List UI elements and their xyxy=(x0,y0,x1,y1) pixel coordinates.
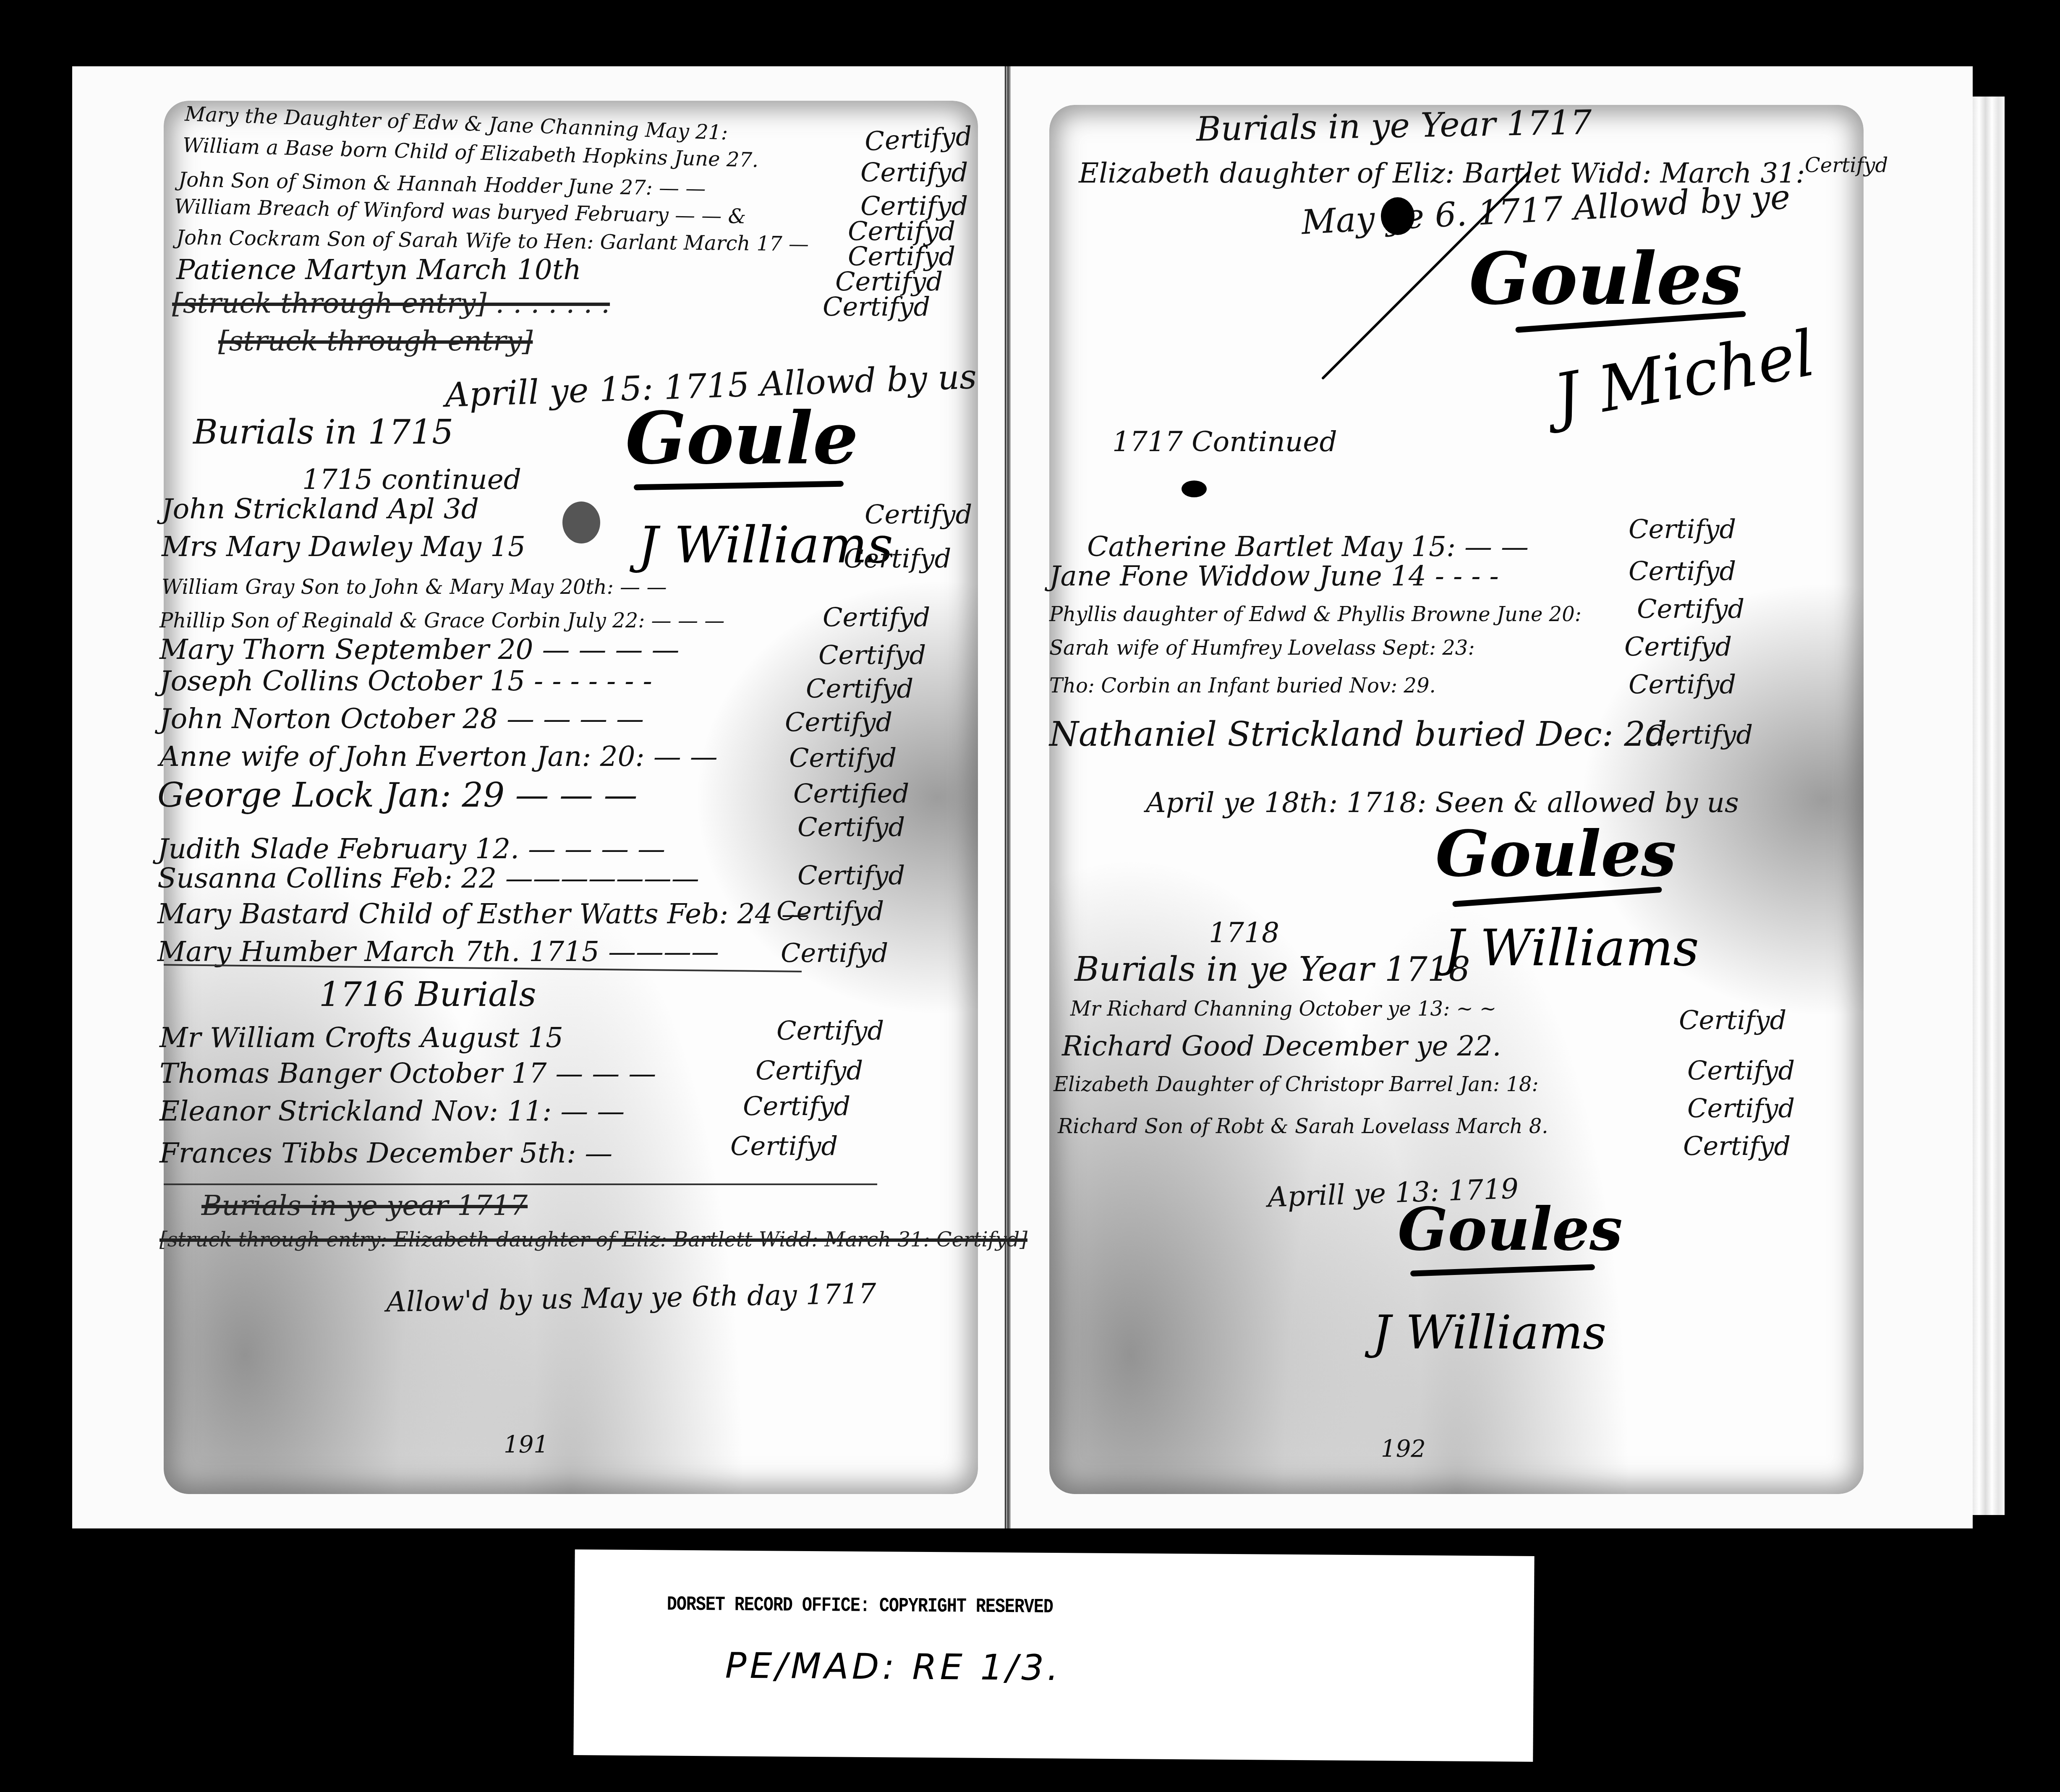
certified-mark: Certifyd xyxy=(730,1133,838,1159)
entry-text: William Gray Son to John & Mary May 20th… xyxy=(162,577,667,597)
ink-blot xyxy=(1182,481,1207,497)
entry-text: Richard Good December ye 22. xyxy=(1062,1032,1501,1060)
certified-mark: Certifyd xyxy=(1687,1095,1795,1121)
certified-mark: Certifyd xyxy=(1805,155,1888,175)
burials-heading: 1716 Burials xyxy=(319,978,536,1011)
entry-text: Nathaniel Strickland buried Dec: 2d. xyxy=(1049,718,1678,751)
allowance-note: Allow'd by us May ye 6th day 1717 xyxy=(386,1280,877,1316)
continued-heading: 1717 Continued xyxy=(1112,428,1337,456)
certified-mark: Certifyd xyxy=(835,269,943,295)
struck-entry: [struck through entry] . . . . . . . xyxy=(172,290,610,317)
certified-mark: Certifyd xyxy=(756,1058,863,1084)
certified-mark: Certifyd xyxy=(1629,671,1736,697)
copyright-notice: DORSET RECORD OFFICE: COPYRIGHT RESERVED xyxy=(667,1593,1054,1619)
entry-text: Mary Thorn September 20 — — — — xyxy=(159,636,679,664)
entry-text: Eleanor Strickland Nov: 11: — — xyxy=(159,1097,625,1125)
entry-text: John Norton October 28 — — — — xyxy=(159,705,644,733)
entry-text: Jane Fone Widdow June 14 - - - - xyxy=(1049,562,1499,590)
entry-text: Tho: Corbin an Infant buried Nov: 29. xyxy=(1049,676,1436,696)
struck-heading: Burials in ye year 1717 xyxy=(201,1192,528,1220)
certified-mark: Certifyd xyxy=(1683,1133,1791,1159)
certified-mark: Certifyd xyxy=(860,159,968,185)
burials-heading: Burials in 1715 xyxy=(193,415,453,449)
entry-text: Elizabeth Daughter of Christopr Barrel J… xyxy=(1054,1074,1539,1095)
entry-text: Richard Son of Robt & Sarah Lovelass Mar… xyxy=(1058,1116,1548,1136)
entry-text: John Cockram Son of Sarah Wife to Hen: G… xyxy=(176,227,809,254)
burials-heading: Burials in ye Year 1718 xyxy=(1074,953,1470,986)
signature-goule: Goule xyxy=(625,403,858,474)
burials-subheading: 1715 continued xyxy=(302,466,521,494)
certified-mark: Certifyd xyxy=(776,898,884,924)
certified-mark: Certifyd xyxy=(823,294,930,320)
certified-mark: Certifyd xyxy=(781,940,888,966)
certified-mark: Certifyd xyxy=(865,502,972,528)
certified-mark: Certifyd xyxy=(844,546,951,572)
certified-mark: Certifyd xyxy=(848,218,955,244)
certified-mark: Certifyd xyxy=(797,814,905,840)
entry-text: Mary Humber March 7th. 1715 ———— xyxy=(157,938,719,966)
certified-mark: Certifyd xyxy=(1629,516,1736,542)
certified-mark: Certifyd xyxy=(1637,596,1744,622)
certified-mark: Certifyd xyxy=(848,243,955,269)
signature-goules: Goules xyxy=(1398,1200,1623,1259)
archive-label-card: DORSET RECORD OFFICE: COPYRIGHT RESERVED… xyxy=(573,1549,1534,1762)
certified-mark: Certifyd xyxy=(1687,1058,1795,1084)
entry-text: Sarah wife of Humfrey Lovelass Sept: 23: xyxy=(1049,638,1475,658)
year-annotation: 1718 xyxy=(1209,919,1279,947)
signature-williams: J Williams xyxy=(1444,923,1699,974)
entry-text: Thomas Banger October 17 — — — xyxy=(159,1060,656,1087)
entry-text: Mr William Crofts August 15 xyxy=(159,1024,563,1052)
entry-text: Mrs Mary Dawley May 15 xyxy=(162,533,525,561)
allowance-note: April ye 18th: 1718: Seen & allowed by u… xyxy=(1146,789,1739,817)
certified-mark: Certifyd xyxy=(785,709,892,735)
entry-text: Mary Bastard Child of Esther Watts Feb: … xyxy=(157,900,809,928)
folio-number: 191 xyxy=(504,1431,549,1458)
ink-blot xyxy=(1381,197,1414,235)
entry-text: Susanna Collins Feb: 22 ——————— xyxy=(157,865,699,892)
certified-mark: Certifyd xyxy=(743,1093,850,1119)
entry-text: Patience Martyn March 10th xyxy=(176,256,581,284)
entry-text: Catherine Bartlet May 15: — — xyxy=(1087,533,1529,561)
struck-entry: [struck through entry] xyxy=(218,327,533,355)
certified-mark: Certifyd xyxy=(776,1018,884,1044)
folio-number: 192 xyxy=(1381,1435,1426,1463)
entry-text: Judith Slade February 12. — — — — xyxy=(157,835,665,863)
certified-mark: Certifyd xyxy=(1624,634,1732,660)
page-stack-edge xyxy=(1973,97,2005,1515)
certified-mark: Certified xyxy=(793,781,909,807)
entry-text: Phyllis daughter of Edwd & Phyllis Brown… xyxy=(1049,604,1582,624)
burials-heading: Burials in ye Year 1717 xyxy=(1196,106,1592,146)
entry-text: George Lock Jan: 29 — — — xyxy=(157,778,637,812)
entry-text: John Strickland Apl 3d xyxy=(162,495,479,523)
certified-mark: Certifyd xyxy=(864,123,973,154)
certified-mark: Certifyd xyxy=(789,745,897,771)
entry-text: Phillip Son of Reginald & Grace Corbin J… xyxy=(159,611,724,631)
reference-number: PE/MAD: RE 1/3. xyxy=(725,1645,1061,1689)
certified-mark: Certifyd xyxy=(823,604,930,630)
book-gutter xyxy=(1006,66,1011,1528)
divider-line xyxy=(164,1183,877,1185)
certified-mark: Certifyd xyxy=(797,862,905,888)
signature-goules: Goules xyxy=(1435,823,1676,886)
struck-entry: [struck through entry: Elizabeth daughte… xyxy=(159,1230,1027,1250)
signature-williams: J Williams xyxy=(1372,1309,1606,1356)
entry-text: Frances Tibbs December 5th: — xyxy=(159,1139,612,1167)
certified-mark: Certifyd xyxy=(1679,1007,1786,1033)
certified-mark: Certifyd xyxy=(1629,558,1736,584)
signature-goules: Goules xyxy=(1469,243,1742,315)
certified-mark: Certifyd xyxy=(818,642,926,668)
certified-mark: Certifyd xyxy=(806,676,913,702)
entry-text: Mr Richard Channing October ye 13: ~ ~ xyxy=(1070,999,1496,1019)
ink-blot xyxy=(562,502,600,543)
entry-text: Joseph Collins October 15 - - - - - - - xyxy=(159,667,652,695)
certified-mark: Certifyd xyxy=(860,193,968,219)
entry-text: Anne wife of John Everton Jan: 20: — — xyxy=(159,743,718,771)
certified-mark: Certifyd xyxy=(1645,722,1753,748)
